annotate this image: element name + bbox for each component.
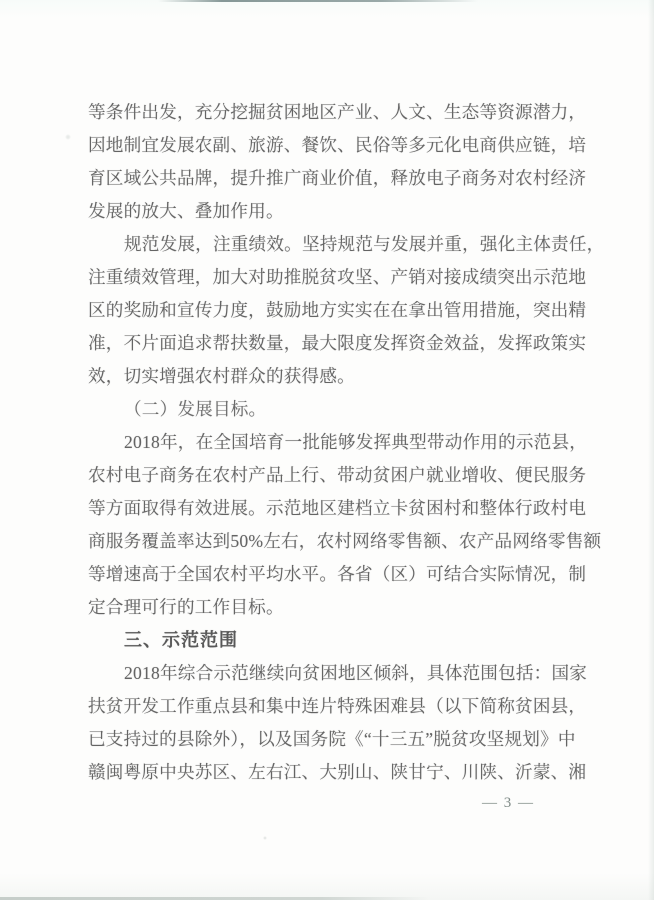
text-line: 农村电子商务在农村产品上行、带动贫困户就业增收、便民服务 [88, 459, 590, 492]
text-line: 效，切实增强农村群众的获得感。 [88, 360, 590, 393]
text-line: 区的奖励和宣传力度，鼓励地方实实在在拿出管用措施，突出精 [88, 294, 590, 327]
text-line: 注重绩效管理，加大对助推脱贫攻坚、产销对接成绩突出示范地 [88, 261, 590, 294]
scan-artifact-top-edge [158, 0, 478, 2]
text-line: 2018年综合示范继续向贫困地区倾斜，具体范围包括：国家 [88, 657, 590, 690]
text-line: 因地制宜发展农副、旅游、餐饮、民俗等多元化电商供应链，培 [88, 129, 590, 162]
page-number: — 3 — [482, 793, 535, 813]
scanned-document-page: 等条件出发，充分挖掘贫困地区产业、人文、生态等资源潜力，因地制宜发展农副、旅游、… [0, 0, 654, 900]
text-line: 规范发展，注重绩效。坚持规范与发展并重，强化主体责任， [88, 228, 590, 261]
text-line: 等条件出发，充分挖掘贫困地区产业、人文、生态等资源潜力， [88, 96, 590, 129]
text-line: 2018年，在全国培育一批能够发挥典型带动作用的示范县， [88, 426, 590, 459]
section-heading-line: 三、示范范围 [88, 624, 590, 657]
text-line: 发展的放大、叠加作用。 [88, 195, 590, 228]
text-line: 定合理可行的工作目标。 [88, 591, 590, 624]
text-line: 准，不片面追求帮扶数量，最大限度发挥资金效益，发挥政策实 [88, 327, 590, 360]
text-line: 已支持过的县除外），以及国务院《“十三五”脱贫攻坚规划》中 [88, 723, 590, 756]
text-line: 育区域公共品牌，提升推广商业价值，释放电子商务对农村经济 [88, 162, 590, 195]
text-line: 赣闽粤原中央苏区、左右江、大别山、陕甘宁、川陕、沂蒙、湘 [88, 756, 590, 789]
text-line: 等增速高于全国农村平均水平。各省（区）可结合实际情况，制 [88, 558, 590, 591]
scan-artifact-right-edge [648, 0, 654, 900]
text-line: （二）发展目标。 [88, 393, 590, 426]
document-text-block: 等条件出发，充分挖掘贫困地区产业、人文、生态等资源潜力，因地制宜发展农副、旅游、… [88, 96, 590, 789]
text-line: 扶贫开发工作重点县和集中连片特殊困难县（以下简称贫困县， [88, 690, 590, 723]
text-line: 商服务覆盖率达到50%左右，农村网络零售额、农产品网络零售额 [88, 525, 590, 558]
text-line: 等方面取得有效进展。示范地区建档立卡贫困村和整体行政村电 [88, 492, 590, 525]
